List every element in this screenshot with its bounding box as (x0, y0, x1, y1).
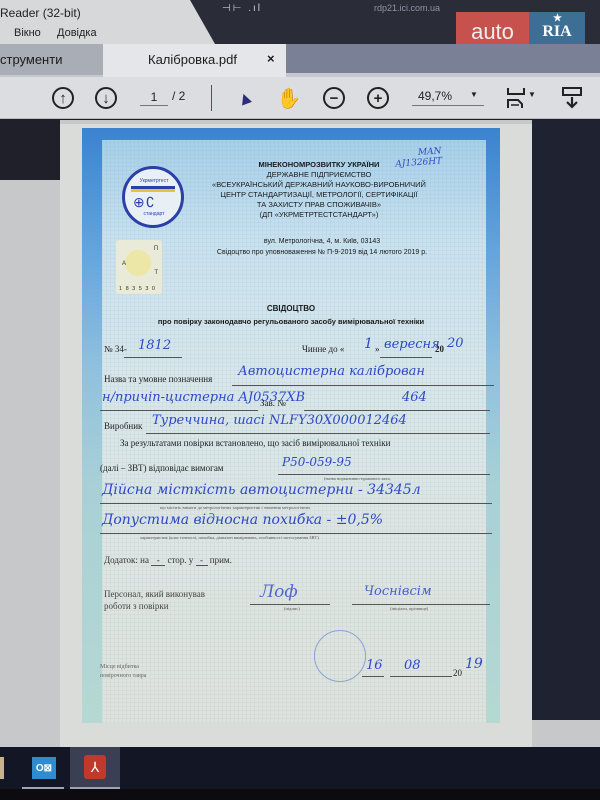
menu-window[interactable]: Вікно (14, 27, 41, 39)
issuer-header: МІНЕКОНОМРОЗВИТКУ УКРАЇНИ ДЕРЖАВНЕ ПІДПР… (184, 160, 454, 220)
star-icon: ★ (553, 13, 562, 24)
scroll-mode-button[interactable] (560, 86, 584, 110)
next-page-button[interactable]: ↓ (94, 86, 118, 110)
taskbar-app-partial[interactable] (0, 757, 4, 779)
chevron-down-icon[interactable]: ▼ (470, 90, 478, 99)
network-signal-icon: ⊣⊢ .ıl (222, 3, 262, 14)
arrow-up-icon: ↑ (52, 87, 74, 109)
appendix-line: Додаток: на - стор. у - прим. (104, 555, 232, 566)
manufacturer-label: Виробник (104, 421, 142, 431)
taskbar-outlook[interactable]: O⊠ (22, 747, 64, 789)
right-dark-panel (532, 120, 600, 720)
signature: Лоф (260, 582, 298, 602)
page-number-input[interactable] (140, 88, 168, 106)
select-tool-button[interactable]: ▲ (230, 83, 261, 114)
acrobat-icon: ⅄ (84, 755, 106, 779)
minus-circle-icon: − (323, 87, 345, 109)
date-year: 19 (465, 656, 483, 672)
valid-until-label: Чинне до « (302, 344, 344, 354)
serial-number: 464 (402, 390, 427, 405)
valid-month: вересня (384, 337, 440, 352)
tab-document-label: Калібровка.pdf (148, 52, 237, 67)
tab-bar-empty (286, 44, 600, 73)
valid-day: 1 (364, 336, 373, 352)
zoom-out-button[interactable]: − (322, 86, 346, 110)
date-month: 08 (404, 658, 421, 673)
tab-tools[interactable]: струменти (0, 44, 103, 75)
name-label: Назва та умовне позначення (104, 374, 212, 384)
verification-stamp (314, 630, 366, 682)
toolbar: ↑ ↓ / 2 ▲ ✋ − + 49,7% ▼ ▼ (0, 77, 600, 119)
plus-circle-icon: + (367, 87, 389, 109)
chevron-down-icon[interactable]: ▼ (528, 90, 536, 99)
valid-year: 20 (447, 336, 464, 351)
result-text: За результатами повірки встановлено, що … (120, 438, 390, 448)
outlook-icon: O⊠ (32, 757, 56, 779)
logo-symbol-icon: ⊕∁ (133, 194, 156, 211)
page-total: / 2 (172, 89, 185, 103)
device-name-line1: Автоцистерна каліброван (238, 364, 425, 379)
keyboard-download-icon (561, 86, 583, 110)
requirement-error: Допустима відносна похибка - ±0,5% (102, 512, 383, 528)
toolbar-divider (211, 85, 212, 111)
ukrmetrteststandart-logo: Укрметртест ⊕∁ стандарт (122, 166, 184, 228)
normative-act: Р50-059-95 (282, 455, 352, 469)
screen: Reader (32-bit) ⊣⊢ .ıl rdp21.ici.com.ua … (0, 0, 600, 800)
certificate-number: 1812 (138, 338, 171, 353)
calibration-certificate: Укрметртест ⊕∁ стандарт А П Т 1 8 3 5 3 … (82, 128, 500, 723)
cursor-arrow-icon: ▲ (233, 85, 257, 111)
signer-name: Чоснівсім (364, 584, 432, 599)
taskbar-adobe-reader[interactable]: ⅄ (70, 747, 120, 789)
left-dark-panel (0, 120, 60, 180)
fit-page-button[interactable] (504, 86, 528, 110)
serial-label: Зав. № (260, 398, 286, 408)
taskbar: O⊠ ⅄ (0, 747, 600, 800)
tab-bar: струменти Калібровка.pdf × (0, 44, 600, 77)
app-title: Reader (32-bit) (0, 6, 81, 20)
hand-icon: ✋ (277, 86, 302, 111)
menu-help[interactable]: Довідка (57, 27, 97, 39)
hand-tool-button[interactable]: ✋ (277, 86, 301, 110)
close-icon[interactable]: × (267, 51, 275, 66)
handwritten-vehicle-id: MAN AJ1326HT (394, 146, 442, 169)
prev-page-button[interactable]: ↑ (51, 86, 75, 110)
manufacturer-value: Туреччина, шасі NLFY30X000012464 (152, 413, 407, 428)
issuer-address: вул. Метрологічна, 4, м. Київ, 03143 Сві… (192, 236, 452, 258)
menu-bar: Вікно Довідка (0, 25, 215, 44)
certificate-title: СВІДОЦТВО (82, 304, 500, 313)
hologram-sticker: А П Т 1 8 3 5 3 0 (116, 240, 162, 294)
date-day: 16 (366, 658, 383, 673)
personnel-label: Персонал, який виконував (104, 589, 205, 599)
remote-host-label: rdp21.ici.com.ua (374, 3, 440, 13)
fit-page-icon (506, 86, 526, 110)
zoom-in-button[interactable]: + (366, 86, 390, 110)
arrow-down-icon: ↓ (95, 87, 117, 109)
zvt-label: (далі – ЗВТ) відповідає вимогам (100, 463, 224, 473)
number-label: № 34- (104, 344, 127, 354)
requirement-capacity: Дійсна місткість автоцистерни - 34345л (102, 482, 421, 498)
tab-document[interactable]: Калібровка.pdf × (103, 44, 286, 77)
certificate-subtitle: про повірку законодавчо регульованого за… (82, 317, 500, 326)
